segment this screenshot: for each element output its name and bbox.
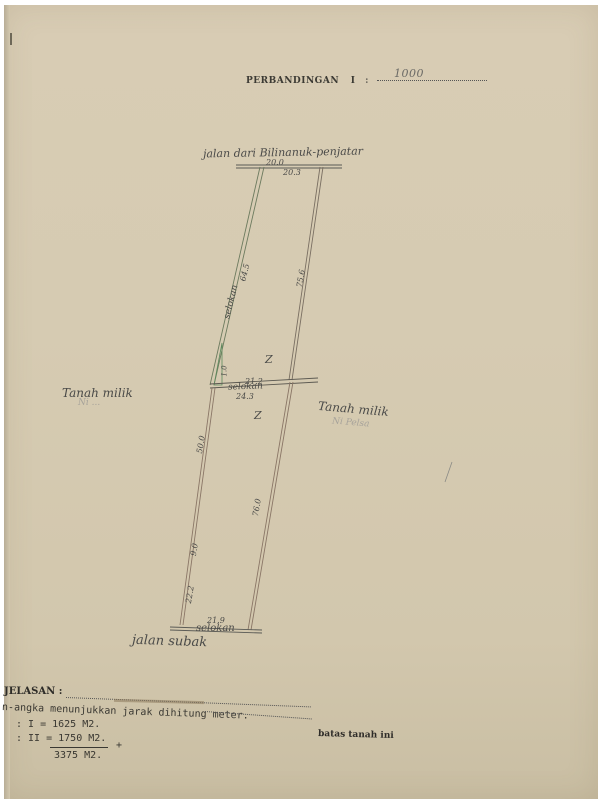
top-width-upper: 20.0 xyxy=(266,158,284,167)
middle-divider-lines xyxy=(210,378,318,388)
legend-title: JELASAN : xyxy=(4,686,62,697)
selokan-bottom-label: selokan xyxy=(196,623,235,634)
left-neighbor-name: Ni ... xyxy=(78,398,100,408)
right-tick xyxy=(445,462,452,482)
sum-plus: + xyxy=(116,740,122,751)
parcel2-label: Z xyxy=(254,409,262,422)
parcel1-label: Z xyxy=(265,353,273,366)
boundary-label: batas tanah ini xyxy=(318,729,394,741)
area-parcel-2: : II = 1750 M2. xyxy=(16,733,106,744)
selokan-middle-label: selokan xyxy=(228,381,263,392)
area-parcel-1: : I = 1625 M2. xyxy=(16,719,100,730)
middle-width-lower: 24.3 xyxy=(236,392,254,401)
parcel1-left-boundary xyxy=(210,167,264,385)
area-total: 3375 M2. xyxy=(54,750,102,761)
jog-measure: 1.0 xyxy=(221,365,229,376)
bottom-road-label: jalan subak xyxy=(132,633,208,651)
top-width-lower: 20.3 xyxy=(283,168,301,177)
sum-line xyxy=(50,747,108,748)
